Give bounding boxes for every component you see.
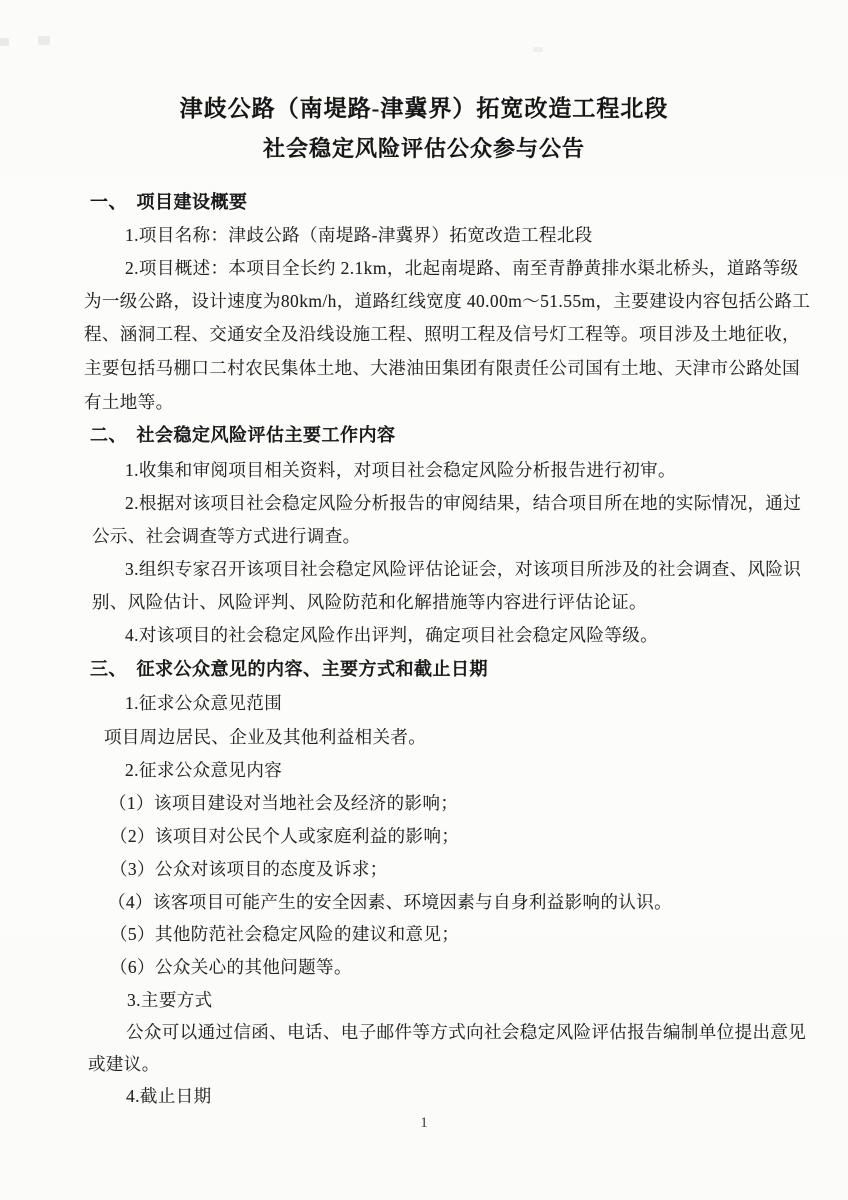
list-item-line: （1）该项目建设对当地社会及经济的影响；	[109, 790, 458, 815]
paragraph-line: 2.征求公众意见内容	[125, 757, 282, 782]
paragraph-line: 3.主要方式	[127, 987, 213, 1012]
paragraph-line: 项目周边居民、企业及其他利益相关者。	[104, 724, 426, 749]
document-title-line1: 津歧公路（南堤路-津冀界）拓宽改造工程北段	[0, 90, 848, 123]
paragraph-line: 1.收集和审阅项目相关资料，对项目社会稳定风险分析报告进行初审。	[125, 457, 676, 482]
paragraph-line: 别、风险估计、风险评判、风险防范和化解措施等内容进行评估论证。	[92, 589, 647, 614]
paragraph-line: 或建议。	[88, 1051, 160, 1076]
list-item-line: （2）该项目对公民个人或家庭利益的影响；	[110, 823, 459, 848]
paragraph-line: 1.征求公众意见范围	[125, 690, 282, 715]
paragraph-line: 主要包括马棚口二村农民集体土地、大港油田集团有限责任公司国有土地、天津市公路处国	[84, 355, 800, 380]
paragraph-line: 有土地等。	[84, 389, 174, 414]
paragraph-line: 公示、社会调查等方式进行调查。	[92, 523, 361, 548]
paragraph-line: 3.组织专家召开该项目社会稳定风险评估论证会，对该项目所涉及的社会调查、风险识	[125, 556, 801, 581]
paragraph-line: 公众可以通过信函、电话、电子邮件等方式向社会稳定风险评估报告编制单位提出意见	[126, 1019, 806, 1044]
scanned-document-page: 津歧公路（南堤路-津冀界）拓宽改造工程北段 社会稳定风险评估公众参与公告 一、 …	[0, 0, 848, 1200]
page-number: 1	[0, 1115, 848, 1132]
paragraph-line: 为一级公路，设计速度为80km/h，道路红线宽度 40.00m～51.55m，主…	[84, 288, 810, 313]
paragraph-line: 4.截止日期	[126, 1083, 212, 1108]
section-2-heading: 二、 社会稳定风险评估主要工作内容	[90, 421, 396, 447]
paragraph-line: 4.对该项目的社会稳定风险作出评判，确定项目社会稳定风险等级。	[125, 622, 658, 647]
paragraph-line: 2.根据对该项目社会稳定风险分析报告的审阅结果，结合项目所在地的实际情况，通过	[125, 490, 801, 515]
list-item-line: （6）公众关心的其他问题等。	[110, 954, 352, 979]
scan-smudge	[38, 36, 50, 45]
paragraph-line: 程、涵洞工程、交通安全及沿线设施工程、照明工程及信号灯工程等。项目涉及土地征收，	[84, 321, 800, 346]
list-item-line: （4）该客项目可能产生的安全因素、环境因素与自身利益影响的认识。	[108, 889, 672, 914]
paragraph-line: 2.项目概述：本项目全长约 2.1km，北起南堤路、南至青静黄排水渠北桥头，道路…	[125, 255, 799, 280]
scan-smudge	[0, 38, 9, 46]
document-title-line2: 社会稳定风险评估公众参与公告	[0, 132, 848, 163]
section-3-heading: 三、 征求公众意见的内容、主要方式和截止日期	[90, 655, 488, 681]
paragraph-line: 1.项目名称：津歧公路（南堤路-津冀界）拓宽改造工程北段	[125, 222, 593, 247]
list-item-line: （3）公众对该项目的态度及诉求；	[110, 856, 388, 881]
section-1-heading: 一、 项目建设概要	[90, 188, 248, 214]
scan-smudge	[533, 47, 543, 52]
list-item-line: （5）其他防范社会稳定风险的建议和意见；	[110, 921, 459, 946]
